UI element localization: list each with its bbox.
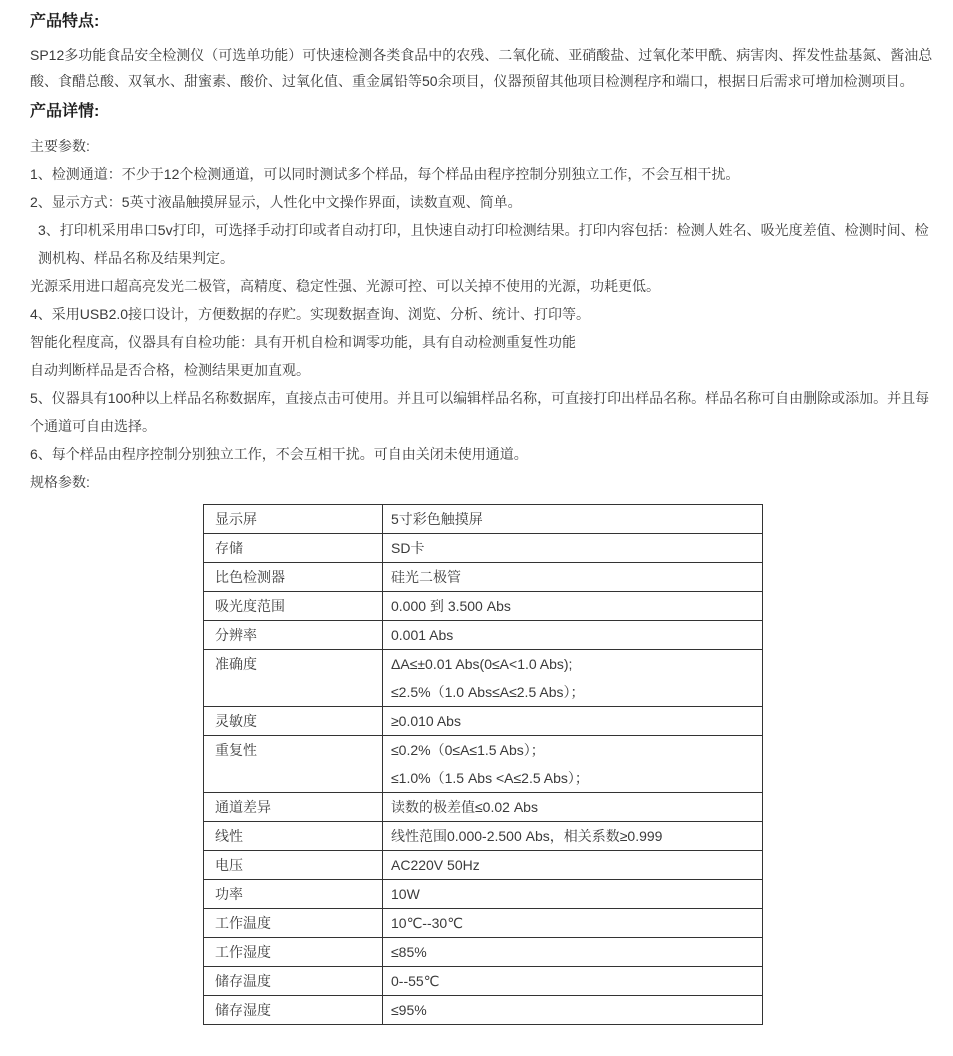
spec-value-cell: 线性范围0.000-2.500 Abs，相关系数≥0.999: [383, 822, 763, 851]
spec-label-cell: 通道差异: [204, 793, 383, 822]
spec-label-cell: 显示屏: [204, 505, 383, 534]
spec-label-cell: 储存湿度: [204, 996, 383, 1025]
spec-table-row: 显示屏5寸彩色触摸屏: [204, 505, 763, 534]
details-heading: 产品详情:: [30, 102, 939, 122]
spec-value-cell: 硅光二极管: [383, 563, 763, 592]
spec-value-cell: 0.000 到 3.500 Abs: [383, 592, 763, 621]
spec-value-cell: ≤0.2%（0≤A≤1.5 Abs）；≤1.0%（1.5 Abs <A≤2.5 …: [383, 736, 763, 793]
spec-label-cell: 重复性: [204, 736, 383, 793]
spec-value-line: ΔA≤±0.01 Abs(0≤A<1.0 Abs);: [391, 650, 754, 678]
spec-table-row: 电压AC220V 50Hz: [204, 851, 763, 880]
detail-paragraph: 4、采用USB2.0接口设计，方便数据的存贮。实现数据查询、浏览、分析、统计、打…: [30, 300, 939, 328]
spec-label-cell: 准确度: [204, 650, 383, 707]
product-detail-page: 产品特点: SP12多功能食品安全检测仪（可选单功能）可快速检测各类食品中的农残…: [0, 0, 953, 1049]
spec-value-line: ≥0.010 Abs: [391, 707, 754, 735]
spec-value-line: 0--55℃: [391, 967, 754, 995]
detail-paragraph: 5、仪器具有100种以上样品名称数据库，直接点击可使用。并且可以编辑样品名称，可…: [30, 384, 939, 440]
spec-value-line: ≤85%: [391, 938, 754, 966]
spec-value-cell: 10℃--30℃: [383, 909, 763, 938]
spec-value-line: 0.000 到 3.500 Abs: [391, 592, 754, 620]
spec-label-cell: 比色检测器: [204, 563, 383, 592]
detail-paragraph: 自动判断样品是否合格，检测结果更加直观。: [30, 356, 939, 384]
spec-label-cell: 存储: [204, 534, 383, 563]
spec-value-cell: ≥0.010 Abs: [383, 707, 763, 736]
spec-table-row: 工作温度10℃--30℃: [204, 909, 763, 938]
spec-value-line: ≤1.0%（1.5 Abs <A≤2.5 Abs）；: [391, 764, 754, 792]
spec-value-line: ≤95%: [391, 996, 754, 1024]
spec-value-line: 读数的极差值≤0.02 Abs: [391, 793, 754, 821]
detail-paragraph: 3、打印机采用串口5v打印，可选择手动打印或者自动打印，且快速自动打印检测结果。…: [30, 216, 939, 272]
detail-paragraph: 1、检测通道：不少于12个检测通道，可以同时测试多个样品，每个样品由程序控制分别…: [30, 160, 939, 188]
details-subheading: 主要参数:: [30, 132, 939, 160]
spec-label-cell: 功率: [204, 880, 383, 909]
spec-table-row: 灵敏度≥0.010 Abs: [204, 707, 763, 736]
spec-table: 显示屏5寸彩色触摸屏存储SD卡比色检测器硅光二极管吸光度范围0.000 到 3.…: [203, 504, 763, 1025]
spec-value-cell: 0--55℃: [383, 967, 763, 996]
spec-table-row: 储存温度0--55℃: [204, 967, 763, 996]
spec-value-line: 5寸彩色触摸屏: [391, 505, 754, 533]
spec-table-row: 吸光度范围0.000 到 3.500 Abs: [204, 592, 763, 621]
spec-value-line: ≤0.2%（0≤A≤1.5 Abs）；: [391, 736, 754, 764]
spec-table-body: 显示屏5寸彩色触摸屏存储SD卡比色检测器硅光二极管吸光度范围0.000 到 3.…: [204, 505, 763, 1025]
spec-table-row: 准确度ΔA≤±0.01 Abs(0≤A<1.0 Abs);≤2.5%（1.0 A…: [204, 650, 763, 707]
spec-value-cell: SD卡: [383, 534, 763, 563]
spec-label-cell: 工作湿度: [204, 938, 383, 967]
detail-paragraph: 光源采用进口超高亮发光二极管，高精度、稳定性强、光源可控、可以关掉不使用的光源，…: [30, 272, 939, 300]
spec-value-cell: 读数的极差值≤0.02 Abs: [383, 793, 763, 822]
spec-value-line: 0.001 Abs: [391, 621, 754, 649]
detail-paragraph: 智能化程度高，仪器具有自检功能：具有开机自检和调零功能，具有自动检测重复性功能: [30, 328, 939, 356]
detail-paragraph: 2、显示方式：5英寸液晶触摸屏显示，人性化中文操作界面，读数直观、简单。: [30, 188, 939, 216]
spec-value-cell: 10W: [383, 880, 763, 909]
details-paragraphs: 1、检测通道：不少于12个检测通道，可以同时测试多个样品，每个样品由程序控制分别…: [30, 160, 939, 468]
features-heading: 产品特点:: [30, 12, 939, 32]
detail-paragraph: 6、每个样品由程序控制分别独立工作，不会互相干扰。可自由关闭未使用通道。: [30, 440, 939, 468]
spec-value-line: AC220V 50Hz: [391, 851, 754, 879]
spec-label-cell: 储存温度: [204, 967, 383, 996]
spec-value-cell: ΔA≤±0.01 Abs(0≤A<1.0 Abs);≤2.5%（1.0 Abs≤…: [383, 650, 763, 707]
spec-table-row: 功率10W: [204, 880, 763, 909]
spec-label-cell: 线性: [204, 822, 383, 851]
spec-table-row: 工作湿度≤85%: [204, 938, 763, 967]
spec-table-row: 重复性≤0.2%（0≤A≤1.5 Abs）；≤1.0%（1.5 Abs <A≤2…: [204, 736, 763, 793]
features-body: SP12多功能食品安全检测仪（可选单功能）可快速检测各类食品中的农残、二氧化硫、…: [30, 42, 939, 94]
spec-table-row: 比色检测器硅光二极管: [204, 563, 763, 592]
spec-value-line: 10℃--30℃: [391, 909, 754, 937]
spec-table-row: 线性线性范围0.000-2.500 Abs，相关系数≥0.999: [204, 822, 763, 851]
spec-value-cell: AC220V 50Hz: [383, 851, 763, 880]
spec-value-line: 硅光二极管: [391, 563, 754, 591]
spec-table-row: 分辨率0.001 Abs: [204, 621, 763, 650]
spec-label-cell: 工作温度: [204, 909, 383, 938]
spec-value-line: 10W: [391, 880, 754, 908]
spec-value-cell: 5寸彩色触摸屏: [383, 505, 763, 534]
spec-heading: 规格参数:: [30, 468, 939, 496]
spec-value-line: SD卡: [391, 534, 754, 562]
spec-value-line: ≤2.5%（1.0 Abs≤A≤2.5 Abs）；: [391, 678, 754, 706]
spec-table-row: 通道差异读数的极差值≤0.02 Abs: [204, 793, 763, 822]
spec-label-cell: 电压: [204, 851, 383, 880]
spec-value-cell: ≤95%: [383, 996, 763, 1025]
spec-table-row: 储存湿度≤95%: [204, 996, 763, 1025]
spec-value-cell: ≤85%: [383, 938, 763, 967]
spec-label-cell: 分辨率: [204, 621, 383, 650]
spec-label-cell: 吸光度范围: [204, 592, 383, 621]
spec-value-cell: 0.001 Abs: [383, 621, 763, 650]
spec-label-cell: 灵敏度: [204, 707, 383, 736]
spec-table-row: 存储SD卡: [204, 534, 763, 563]
spec-value-line: 线性范围0.000-2.500 Abs，相关系数≥0.999: [391, 822, 754, 850]
